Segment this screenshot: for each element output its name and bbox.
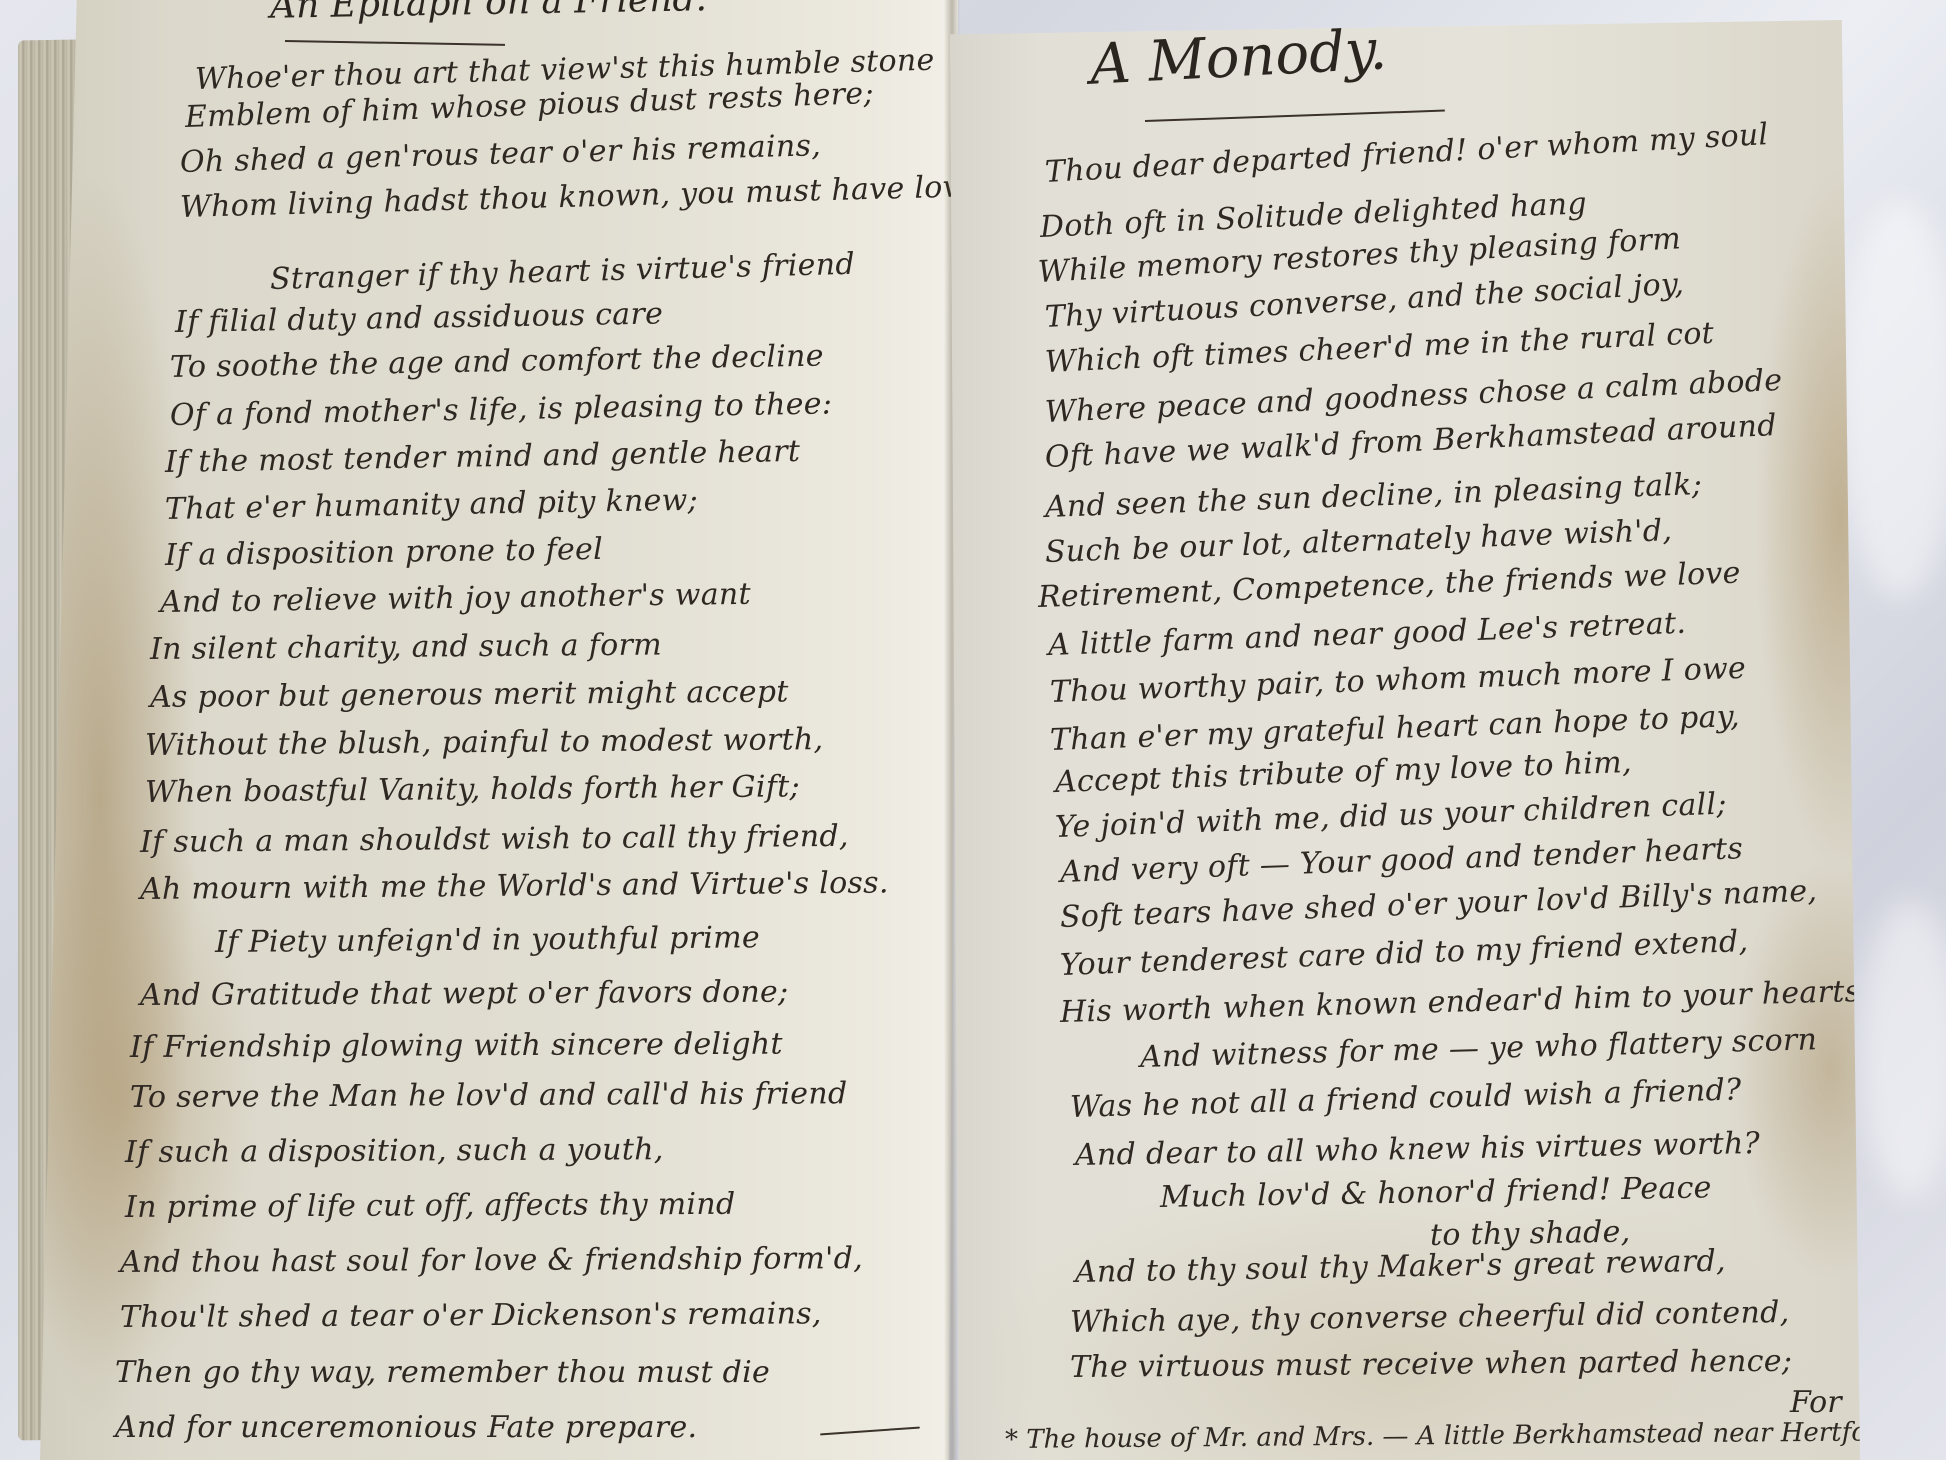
poem-line: Stranger if thy heart is virtue's friend (270, 247, 856, 297)
right-page: A Monody. Thou dear departed friend! o'e… (950, 20, 1860, 1460)
poem-line: If Piety unfeign'd in youthful prime (215, 920, 760, 960)
poem-line: If the most tender mind and gentle heart (165, 434, 801, 480)
poem-line: To serve the Man he lov'd and call'd his… (130, 1076, 848, 1115)
poem-line: Much lov'd & honor'd friend! Peace (1160, 1170, 1712, 1215)
poem-line: Your tenderest care did to my friend ext… (1059, 924, 1748, 983)
poem-line: Thou dear departed friend! o'er whom my … (1044, 117, 1769, 190)
poem-line: Ah mourn with me the World's and Virtue'… (140, 865, 889, 907)
poem-line: To soothe the age and comfort the declin… (170, 339, 824, 385)
poem-line: If such a disposition, such a youth, (125, 1132, 664, 1170)
poem-line: Of a fond mother's life, is pleasing to … (170, 386, 833, 433)
open-manuscript-book: An Epitaph on a Friend. Whoe'er thou art… (0, 0, 1946, 1460)
right-page-title: A Monody. (1089, 20, 1389, 98)
poem-line: If filial duty and assiduous care (175, 296, 664, 340)
poem-line: And to relieve with joy another's want (160, 577, 751, 620)
left-page-title: An Epitaph on a Friend. (270, 0, 708, 27)
poem-line: Without the blush, painful to modest wor… (145, 722, 824, 763)
footnote: * The house of Mr. and Mrs. — A little B… (1005, 1417, 1860, 1455)
poem-line: A little farm and near good Lee's retrea… (1047, 606, 1686, 663)
title-underline (285, 40, 505, 46)
title-underline (1145, 110, 1445, 122)
poem-line: In silent charity, and such a form (150, 628, 662, 667)
poem-line: Which aye, thy converse cheerful did con… (1070, 1295, 1790, 1340)
poem-line: If a disposition prone to feel (165, 532, 603, 573)
poem-line: And dear to all who knew his virtues wor… (1075, 1126, 1761, 1173)
poem-line: In prime of life cut off, affects thy mi… (125, 1187, 736, 1225)
poem-line: Then go thy way, remember thou must die (115, 1355, 770, 1390)
left-page: An Epitaph on a Friend. Whoe'er thou art… (40, 0, 958, 1460)
poem-line: And witness for me — ye who flattery sco… (1140, 1022, 1818, 1075)
poem-line: The virtuous must receive when parted he… (1070, 1344, 1793, 1385)
poem-line: And thou hast soul for love & friendship… (120, 1241, 863, 1280)
poem-line: Whom living hadst thou known, you must h… (180, 169, 958, 225)
poem-line: Was he not all a friend could wish a fri… (1070, 1072, 1742, 1125)
poem-line: If such a man shouldst wish to call thy … (140, 819, 849, 860)
poem-line: And to thy soul thy Maker's great reward… (1075, 1244, 1726, 1290)
poem-line: That e'er humanity and pity knew; (165, 483, 699, 527)
poem-line: And Gratitude that wept o'er favors done… (140, 975, 789, 1013)
ending-flourish (820, 1427, 920, 1436)
poem-line: If Friendship glowing with sincere delig… (130, 1027, 783, 1065)
poem-line: When boastful Vanity, holds forth her Gi… (145, 769, 800, 810)
poem-line: As poor but generous merit might accept (150, 674, 789, 715)
catchword: For (1790, 1385, 1842, 1420)
poem-line: Oh shed a gen'rous tear o'er his remains… (180, 128, 822, 180)
poem-line: Thou worthy pair, to whom much more I ow… (1049, 651, 1746, 710)
poem-line: And for unceremonious Fate prepare. (115, 1410, 697, 1445)
poem-line: His worth when known endear'd him to you… (1060, 974, 1860, 1030)
poem-line: Thou'lt shed a tear o'er Dickenson's rem… (120, 1296, 822, 1335)
poem-line: Than e'er my grateful heart can hope to … (1049, 699, 1740, 758)
